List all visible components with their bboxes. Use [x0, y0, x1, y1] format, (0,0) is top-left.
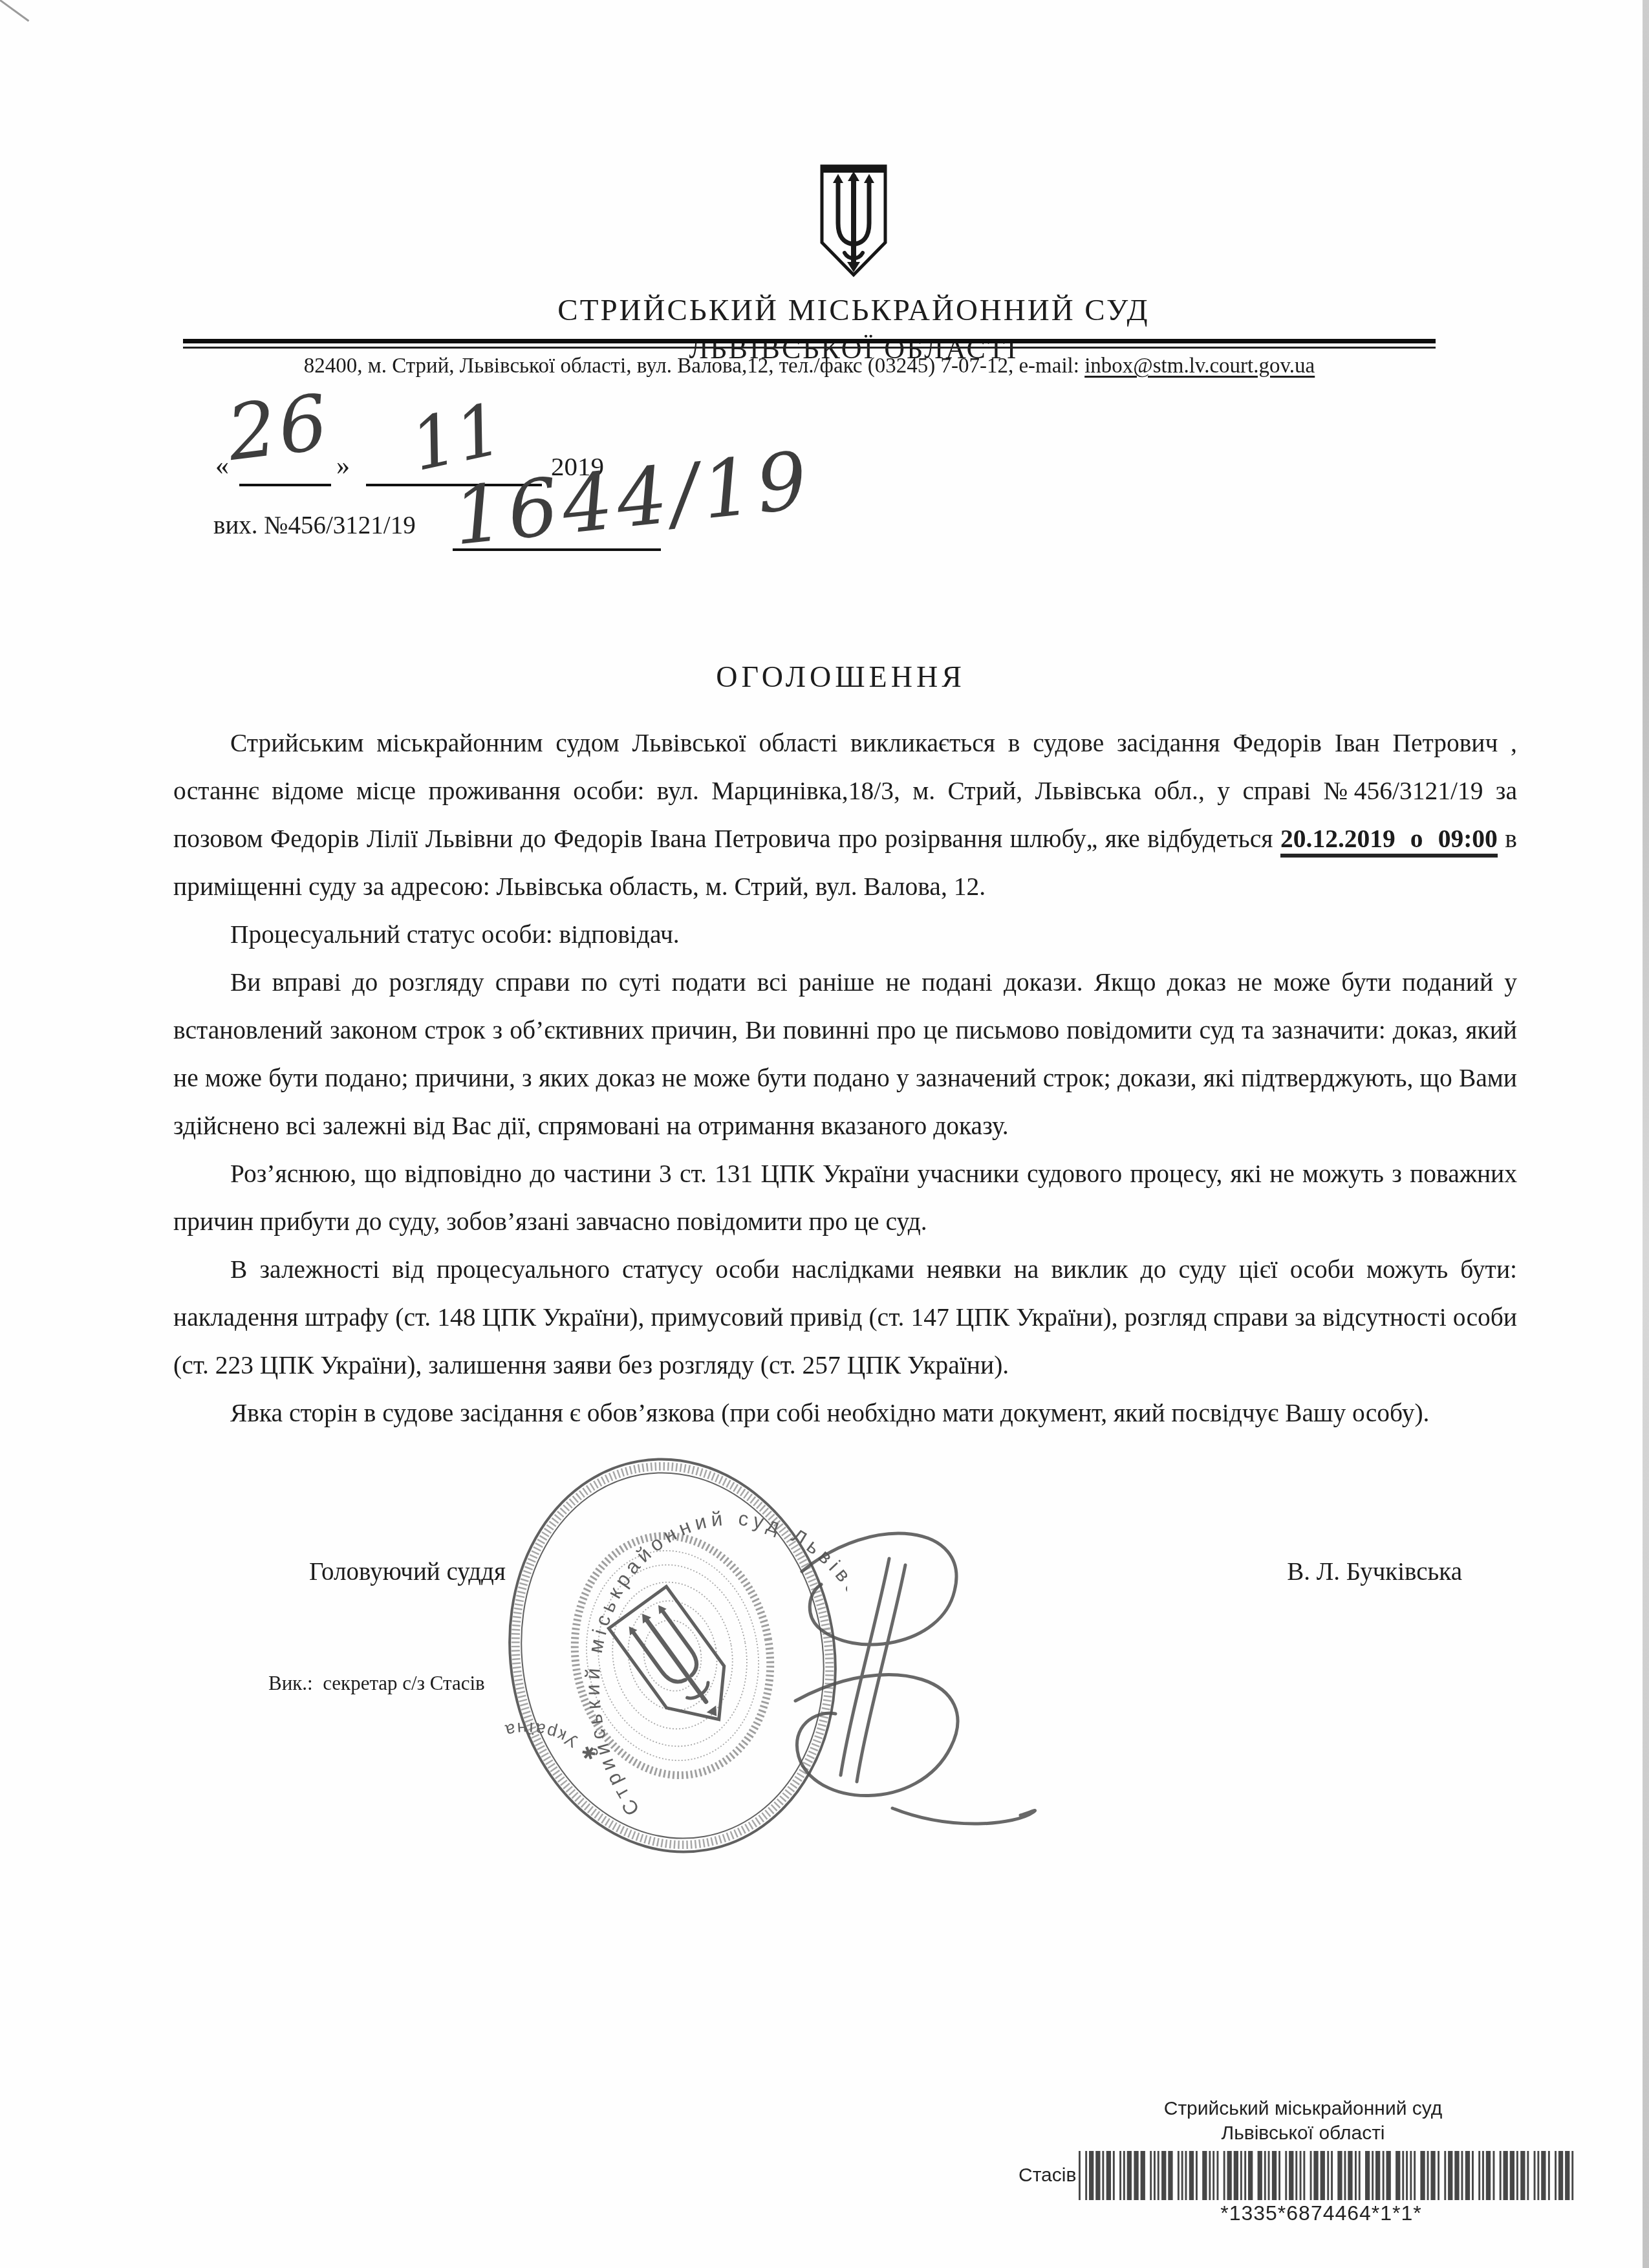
date-open-quote: «	[215, 451, 229, 482]
address-text: 82400, м. Стрий, Львівської області, вул…	[304, 354, 1084, 378]
document-title: ОГОЛОШЕННЯ	[194, 660, 1487, 694]
corner-fold-artifact	[0, 0, 29, 22]
handwritten-day: 26	[222, 377, 335, 478]
case-barcode	[1079, 2151, 1576, 2200]
court-name-line1: СТРИЙСЬКИЙ МІСЬКРАЙОННИЙ СУД	[194, 294, 1513, 328]
barcode-caption: *1335*6874464*1*1*	[1069, 2201, 1573, 2225]
svg-text:Стрийський міськрайонний суд Л: Стрийський міськрайонний суд Львівської …	[552, 1481, 847, 1842]
barcode-row: Стасів	[1012, 2151, 1594, 2200]
scanned-court-document: СТРИЙСЬКИЙ МІСЬКРАЙОННИЙ СУД ЛЬВІВСЬКОЇ …	[0, 0, 1649, 2268]
paragraph-attendance: Явка сторін в судове засідання є обов’яз…	[173, 1389, 1517, 1437]
court-round-stamp: Стрийський міськрайонний суд Львівської …	[498, 1449, 847, 1863]
court-address-line: 82400, м. Стрий, Львівської області, вул…	[183, 354, 1436, 378]
footer-barcode-block: Стрийський міськрайонний суд Львівської …	[1012, 2097, 1594, 2225]
stamp-outer-ring-text: Стрийський міськрайонний суд Львівської …	[552, 1481, 847, 1842]
svg-text:✱ Україна ✱ Ідентифікаційний: ✱ Україна ✱ Ідентифікаційний код 3745680…	[498, 1705, 642, 1863]
hearing-datetime: 20.12.2019 о 09:00	[1280, 825, 1498, 858]
judge-name: В. Л. Бучківська	[1287, 1557, 1462, 1586]
scan-edge-artifact	[1643, 0, 1649, 2268]
executor-line: Вик.: секретар с/з Стасів	[268, 1672, 485, 1695]
paragraph-evidence: Ви вправі до розгляду справи по суті под…	[173, 958, 1517, 1150]
paragraph-status: Процесуальний статус особи: відповідач.	[173, 911, 1517, 958]
date-close-quote: »	[336, 451, 350, 482]
footer-court-line2: Львівської області	[1012, 2121, 1594, 2146]
ukraine-trident-emblem-icon	[819, 164, 888, 290]
stamp-trident-icon	[609, 1586, 748, 1740]
outgoing-number-label: вих. №456/3121/19	[213, 511, 416, 540]
paragraph-consequences: В залежності від процесуального статусу …	[173, 1246, 1517, 1389]
stamp-inner-ring-text: ✱ Україна ✱ Ідентифікаційний код 3745680…	[498, 1705, 642, 1863]
header-divider	[183, 339, 1436, 349]
paragraph-article131: Роз’яснюю, що відповідно до частини 3 ст…	[173, 1150, 1517, 1246]
letterhead: СТРИЙСЬКИЙ МІСЬКРАЙОННИЙ СУД ЛЬВІВСЬКОЇ …	[194, 0, 1513, 365]
court-email: inbox@stm.lv.court.gov.ua	[1084, 354, 1315, 378]
document-body: Стрийським міськрайонним судом Львівсько…	[173, 719, 1517, 1437]
footer-executor-name: Стасів	[1018, 2165, 1076, 2187]
judge-role-label: Головуючий суддя	[309, 1557, 506, 1586]
footer-court-line1: Стрийський міськрайонний суд	[1012, 2097, 1594, 2121]
paragraph-summons: Стрийським міськрайонним судом Львівсько…	[173, 719, 1517, 911]
signature-row: Головуючий суддя В. Л. Бучківська	[173, 1557, 1517, 1586]
